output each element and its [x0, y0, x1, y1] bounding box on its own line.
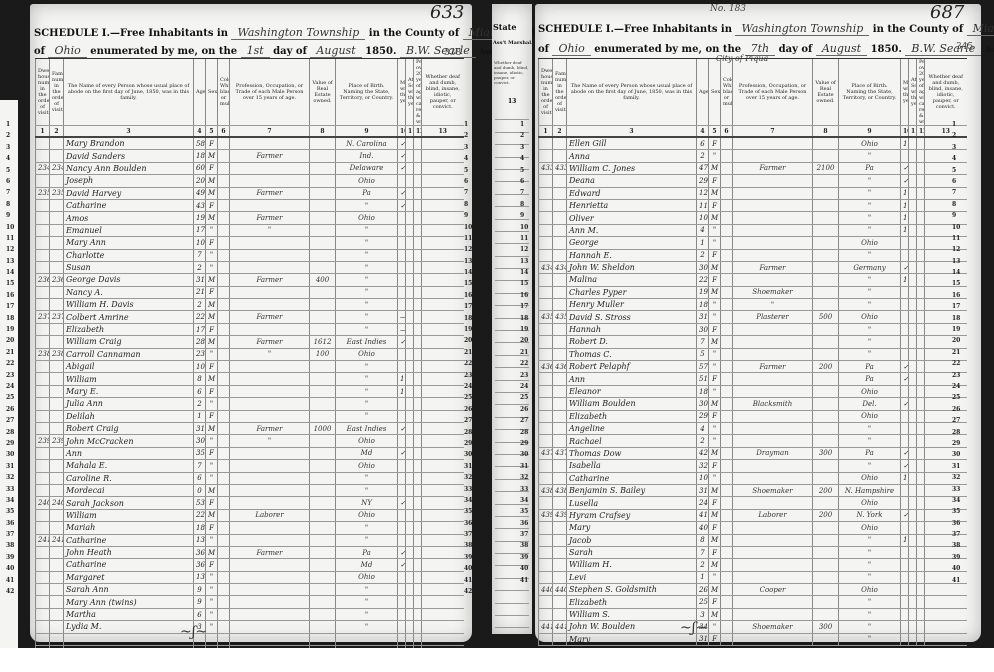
person-name: Hyram Crafsey: [567, 509, 697, 521]
sex: F: [206, 137, 218, 150]
literacy-mark: [917, 150, 925, 162]
age: 22: [194, 509, 206, 521]
color: [218, 398, 230, 410]
sex: F: [709, 323, 721, 335]
literacy-mark: [917, 546, 925, 558]
birthplace: Ohio: [336, 435, 398, 447]
literacy-mark: [917, 199, 925, 211]
color: [721, 497, 733, 509]
column-number: 8: [310, 126, 336, 138]
dwelling-number: [539, 546, 553, 558]
married-mark: [901, 336, 909, 348]
column-number: 5: [206, 126, 218, 138]
family-number: [553, 460, 567, 472]
literacy-mark: [414, 497, 422, 509]
line-number: 7: [464, 187, 472, 198]
sex: ": [709, 150, 721, 162]
dwelling-number: 235: [36, 187, 50, 199]
married-mark: ✓: [398, 187, 406, 199]
column-header: Whether deaf and dumb, blind, insane, id…: [925, 59, 967, 126]
township: Washington Township: [735, 22, 869, 36]
literacy-mark: [917, 274, 925, 286]
real-estate-value: [310, 584, 336, 596]
dwelling-number: [36, 509, 50, 521]
month: August: [816, 42, 867, 56]
age: 2: [194, 398, 206, 410]
sex: F: [206, 199, 218, 211]
age: 32: [697, 460, 709, 472]
occupation: [230, 361, 310, 373]
sex: F: [206, 497, 218, 509]
line-number: 21: [520, 347, 528, 358]
occupation: [733, 633, 813, 645]
dwelling-number: 438: [539, 484, 553, 496]
condition: [422, 472, 464, 484]
birthplace: Ohio: [839, 472, 901, 484]
family-number: [553, 199, 567, 211]
family-number: 238: [50, 348, 64, 360]
real-estate-value: [310, 596, 336, 608]
column-number: 10: [398, 126, 406, 138]
sex: F: [206, 385, 218, 397]
table-row: 236236George Davis31MFarmer400": [36, 274, 464, 286]
school-mark: [909, 584, 917, 596]
condition: [422, 311, 464, 323]
birthplace: NY: [336, 497, 398, 509]
school-mark: [406, 398, 414, 410]
line-number: 24: [6, 381, 14, 392]
birthplace: Ohio: [839, 584, 901, 596]
line-number: 7: [520, 187, 528, 198]
school-mark: [909, 237, 917, 249]
real-estate-value: [310, 299, 336, 311]
line-number: 5: [952, 165, 960, 176]
literacy-mark: [917, 633, 925, 645]
school-mark: [909, 596, 917, 608]
sex: M: [709, 484, 721, 496]
condition: [422, 484, 464, 496]
married-mark: [398, 633, 406, 645]
line-number: 42: [464, 586, 472, 597]
married-mark: ✓: [901, 361, 909, 373]
mid-cell: [495, 603, 529, 615]
age: 17: [194, 323, 206, 335]
age: 13: [194, 534, 206, 546]
dwelling-number: [539, 472, 553, 484]
birthplace: ": [839, 323, 901, 335]
sex: M: [206, 175, 218, 187]
family-number: [50, 410, 64, 422]
sex: ": [709, 348, 721, 360]
real-estate-value: [310, 361, 336, 373]
literacy-mark: [414, 212, 422, 224]
real-estate-value: [310, 385, 336, 397]
age: 26: [697, 584, 709, 596]
dwelling-number: [36, 422, 50, 434]
dwelling-number: 437: [539, 447, 553, 459]
married-mark: [901, 522, 909, 534]
family-number: [553, 299, 567, 311]
literacy-mark: [414, 261, 422, 273]
color: [721, 546, 733, 558]
real-estate-value: 300: [813, 447, 839, 459]
sex: ": [206, 249, 218, 261]
literacy-mark: [414, 348, 422, 360]
line-number: 36: [6, 518, 14, 529]
line-number: 27: [952, 415, 960, 426]
family-number: [50, 175, 64, 187]
column-number: 13: [422, 126, 464, 138]
occupation: [230, 559, 310, 571]
school-mark: [909, 608, 917, 620]
table-row: Isabella32F"✓: [539, 460, 967, 472]
occupation: ": [230, 435, 310, 447]
color: [218, 162, 230, 174]
family-number: [50, 385, 64, 397]
dwelling-number: [36, 137, 50, 150]
person-name: Robert Craig: [64, 422, 194, 434]
occupation: [733, 249, 813, 261]
condition: [422, 348, 464, 360]
line-number: 25: [952, 392, 960, 403]
table-row: Ellen Gill6FOhio1: [539, 137, 967, 150]
real-estate-value: [310, 150, 336, 162]
person-name: Malina: [567, 274, 697, 286]
table-row: 439439Hyram Crafsey41MLaborer200N. York✓: [539, 509, 967, 521]
real-estate-value: [310, 137, 336, 150]
dwelling-number: [539, 460, 553, 472]
occupation: [733, 336, 813, 348]
line-number: 22: [520, 358, 528, 369]
column-header: Families numbered in the order of visita…: [553, 59, 567, 126]
condition: [422, 509, 464, 521]
real-estate-value: [310, 162, 336, 174]
column-number: 12: [414, 126, 422, 138]
real-estate-value: [310, 286, 336, 298]
sex: ": [709, 237, 721, 249]
married-mark: [398, 484, 406, 496]
occupation: [230, 323, 310, 335]
color: [721, 385, 733, 397]
person-name: Margaret: [64, 571, 194, 583]
line-number: 30: [464, 449, 472, 460]
school-mark: [406, 348, 414, 360]
real-estate-value: [813, 546, 839, 558]
birthplace: Ohio: [839, 237, 901, 249]
table-row: Elizabeth29FOhio: [539, 410, 967, 422]
real-estate-value: [310, 175, 336, 187]
table-row: Catharine10"Ohio1: [539, 472, 967, 484]
line-number: 18: [952, 313, 960, 324]
literacy-mark: [414, 472, 422, 484]
sex: F: [206, 286, 218, 298]
sex: M: [206, 274, 218, 286]
age: 2: [697, 150, 709, 162]
real-estate-value: [813, 633, 839, 645]
family-number: [50, 323, 64, 335]
birthplace: ": [839, 422, 901, 434]
real-estate-value: [310, 199, 336, 211]
column-number: 8: [813, 126, 839, 138]
sex: M: [709, 336, 721, 348]
line-number: 4: [520, 153, 528, 164]
sex: M: [206, 311, 218, 323]
line-number: 2: [520, 130, 528, 141]
line-number: 26: [520, 404, 528, 415]
day: 1st: [241, 44, 270, 58]
color: [218, 608, 230, 620]
birthplace: Ohio: [839, 385, 901, 397]
real-estate-value: [813, 534, 839, 546]
school-mark: [406, 299, 414, 311]
condition: [422, 633, 464, 645]
literacy-mark: [917, 385, 925, 397]
line-number: 9: [6, 210, 14, 221]
age: 2: [697, 559, 709, 571]
person-name: Jacob: [567, 534, 697, 546]
table-row: Sarah Ann9"": [36, 584, 464, 596]
dwelling-number: [539, 224, 553, 236]
occupation: [230, 286, 310, 298]
person-name: Nancy Ann Boulden: [64, 162, 194, 174]
line-number: 42: [6, 586, 14, 597]
sex: ": [206, 534, 218, 546]
family-number: [50, 237, 64, 249]
birthplace: ": [839, 348, 901, 360]
person-name: Thomas Dow: [567, 447, 697, 459]
occupation: [733, 137, 813, 150]
person-name: Sarah: [567, 546, 697, 558]
table-row: Sarah7F": [539, 546, 967, 558]
dwelling-number: [539, 175, 553, 187]
line-number: 4: [6, 153, 14, 164]
school-mark: [406, 534, 414, 546]
line-number: 14: [464, 267, 472, 278]
table-row: Mary Ann10F": [36, 237, 464, 249]
column-number: 11: [406, 126, 414, 138]
sex: ": [206, 261, 218, 273]
sex: F: [709, 373, 721, 385]
age: 10: [697, 472, 709, 484]
color: [218, 435, 230, 447]
line-number: 17: [464, 301, 472, 312]
dwelling-number: [539, 137, 553, 150]
table-row: Elizabeth25F": [539, 596, 967, 608]
table-row: Mordecai0M": [36, 484, 464, 496]
enumerated-label: enumerated by me, on the: [90, 46, 237, 57]
literacy-mark: [917, 497, 925, 509]
dwelling-number: 236: [36, 274, 50, 286]
birthplace: Pa: [336, 546, 398, 558]
person-name: Rachael: [567, 435, 697, 447]
dwelling-number: [36, 150, 50, 162]
color: [218, 633, 230, 645]
marshal-name: B.W. Searle: [400, 44, 476, 58]
color: [218, 286, 230, 298]
condition: [422, 162, 464, 174]
line-number: 6: [520, 176, 528, 187]
age: 1: [194, 410, 206, 422]
age: 23: [194, 348, 206, 360]
married-mark: [398, 596, 406, 608]
school-mark: [406, 187, 414, 199]
married-mark: ✓: [901, 509, 909, 521]
color: [721, 509, 733, 521]
birthplace: ": [336, 299, 398, 311]
line-number: 35: [952, 506, 960, 517]
real-estate-value: [813, 385, 839, 397]
person-name: Emanuel: [64, 224, 194, 236]
line-number: 8: [6, 199, 14, 210]
person-name: John McCracken: [64, 435, 194, 447]
family-number: [50, 608, 64, 620]
literacy-mark: [414, 596, 422, 608]
color: [721, 584, 733, 596]
table-row: Ann35FMd✓: [36, 447, 464, 459]
line-number: 33: [464, 484, 472, 495]
birthplace: ": [336, 472, 398, 484]
school-mark: [406, 608, 414, 620]
school-mark: [909, 546, 917, 558]
real-estate-value: [310, 187, 336, 199]
sex: ": [206, 348, 218, 360]
real-estate-value: [813, 175, 839, 187]
person-name: Robert Pelaphf: [567, 361, 697, 373]
married-mark: ✓: [901, 373, 909, 385]
school-mark: [406, 546, 414, 558]
real-estate-value: 1612: [310, 336, 336, 348]
color: [721, 534, 733, 546]
dwelling-number: 439: [539, 509, 553, 521]
line-number: 41: [464, 575, 472, 586]
age: 31: [194, 274, 206, 286]
family-number: [50, 621, 64, 633]
table-row: Caroline R.6"": [36, 472, 464, 484]
real-estate-value: [813, 348, 839, 360]
color: [721, 472, 733, 484]
family-number: [50, 373, 64, 385]
married-mark: [398, 175, 406, 187]
occupation: Cooper: [733, 584, 813, 596]
color: [721, 336, 733, 348]
table-row: William S.3M": [539, 608, 967, 620]
occupation: [230, 447, 310, 459]
color: [218, 224, 230, 236]
married-mark: ✓: [398, 422, 406, 434]
school-mark: [909, 224, 917, 236]
dwelling-number: [36, 323, 50, 335]
dwelling-number: [36, 546, 50, 558]
line-number: 3: [6, 142, 14, 153]
birthplace: ": [839, 435, 901, 447]
color: [721, 596, 733, 608]
literacy-mark: [917, 398, 925, 410]
age: 20: [194, 175, 206, 187]
real-estate-value: [813, 299, 839, 311]
family-number: [553, 150, 567, 162]
real-estate-value: [813, 559, 839, 571]
birthplace: Ohio: [839, 311, 901, 323]
line-number: 26: [464, 404, 472, 415]
family-number: [50, 460, 64, 472]
school-mark: [406, 385, 414, 397]
school-mark: [406, 137, 414, 150]
color: [721, 299, 733, 311]
occupation: Farmer: [230, 150, 310, 162]
line-number: 22: [6, 358, 14, 369]
column-header: Place of Birth. Naming the State, Territ…: [839, 59, 901, 126]
birthplace: Germany: [839, 261, 901, 273]
married-mark: [398, 571, 406, 583]
occupation: [733, 187, 813, 199]
birthplace: East Indies: [336, 422, 398, 434]
line-number: 34: [520, 495, 528, 506]
column-header: Married within the year.: [901, 59, 909, 126]
real-estate-value: [310, 633, 336, 645]
person-name: Levi: [567, 571, 697, 583]
age: 1: [697, 571, 709, 583]
sex: ": [206, 460, 218, 472]
line-number: 1: [6, 119, 14, 130]
line-number: 21: [6, 347, 14, 358]
dwelling-number: [36, 385, 50, 397]
color: [721, 571, 733, 583]
sex: M: [709, 162, 721, 174]
table-row: Amos19MFarmerOhio: [36, 212, 464, 224]
birthplace: East Indies: [336, 336, 398, 348]
column-number: 3: [567, 126, 697, 138]
sex: M: [206, 187, 218, 199]
school-mark: [909, 422, 917, 434]
line-number: 21: [464, 347, 472, 358]
school-mark: [406, 484, 414, 496]
occupation: [230, 410, 310, 422]
line-number: 29: [520, 438, 528, 449]
person-name: Julia Ann: [64, 398, 194, 410]
color: [721, 175, 733, 187]
school-mark: [909, 299, 917, 311]
table-row: 234234Nancy Ann Boulden60FDelaware✓: [36, 162, 464, 174]
school-mark: [406, 274, 414, 286]
age: 4: [697, 422, 709, 434]
color: [721, 274, 733, 286]
person-name: Catharine: [567, 472, 697, 484]
condition: [925, 621, 967, 633]
married-mark: ✓: [901, 398, 909, 410]
married-mark: [398, 621, 406, 633]
line-number: 14: [520, 267, 528, 278]
person-name: David Sanders: [64, 150, 194, 162]
condition: [422, 422, 464, 434]
sex: ": [206, 571, 218, 583]
dwelling-number: 238: [36, 348, 50, 360]
column-header: Attended School within the year.: [909, 59, 917, 126]
condition: [422, 274, 464, 286]
of-label: of: [34, 46, 45, 57]
dwelling-number: [539, 249, 553, 261]
table-row: William Craig28MFarmer1612East Indies✓: [36, 336, 464, 348]
family-number: 438: [553, 484, 567, 496]
occupation: [230, 237, 310, 249]
person-name: Anna: [567, 150, 697, 162]
birthplace: ": [336, 534, 398, 546]
column-header: Profession, Occupation, or Trade of each…: [230, 59, 310, 126]
person-name: Ann M.: [567, 224, 697, 236]
literacy-mark: [414, 199, 422, 211]
married-mark: [901, 497, 909, 509]
real-estate-value: [813, 435, 839, 447]
age: 6: [697, 137, 709, 150]
